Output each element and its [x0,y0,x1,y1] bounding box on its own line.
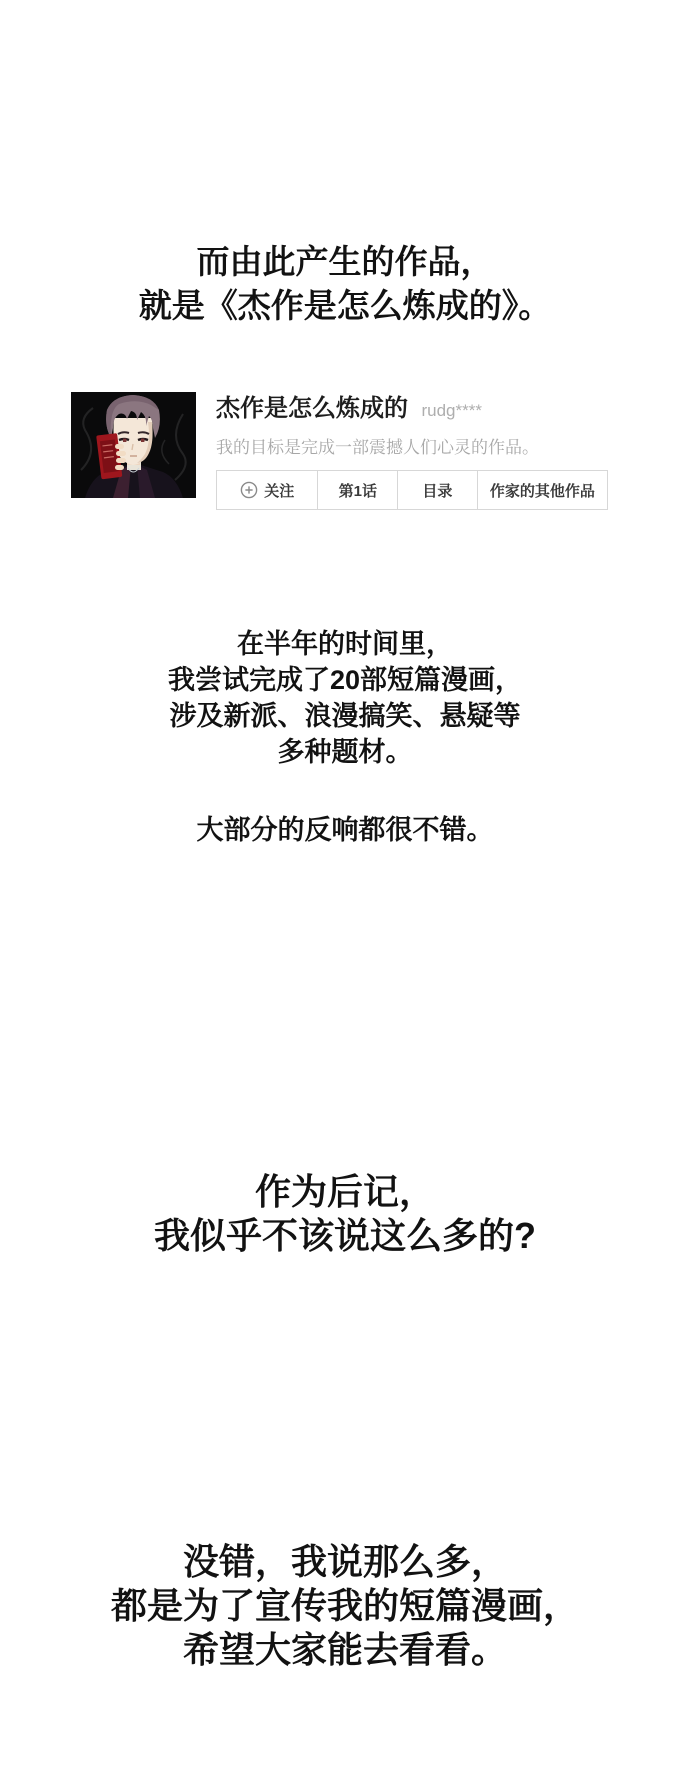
series-title: 杰作是怎么炼成的 [216,395,408,422]
other-works-button[interactable]: 作家的其他作品 [478,471,607,509]
plus-circle-icon [240,481,258,499]
series-action-bar: 关注 第1话 目录 作家的其他作品 [216,470,608,510]
heading-line: 就是《杰作是怎么炼成的》。 [0,284,690,328]
paragraph-line: 希望大家能去看看。 [0,1628,690,1672]
episode-1-button[interactable]: 第1话 [318,471,398,509]
follow-label: 关注 [264,480,294,501]
paragraph-line: 我似乎不该说这么多的? [0,1214,690,1258]
toc-label: 目录 [422,480,452,501]
paragraph-line: 在半年的时间里， [0,626,690,662]
paragraph-line: 作为后记， [0,1170,690,1214]
series-title-row: 杰作是怎么炼成的 rudg**** [216,394,608,427]
paragraph-half-year: 在半年的时间里， 我尝试完成了20部短篇漫画， 涉及新派、浪漫搞笑、悬疑等 多种… [0,626,690,770]
paragraph-line: 我尝试完成了20部短篇漫画， [0,662,690,698]
heading-line: 而由此产生的作品， [0,240,690,284]
follow-button[interactable]: 关注 [217,471,318,509]
webtoon-afterword-page: 而由此产生的作品， 就是《杰作是怎么炼成的》。 [0,0,690,1770]
episode-1-label: 第1话 [339,480,377,501]
paragraph-line: 涉及新派、浪漫搞笑、悬疑等 [0,698,690,734]
series-thumbnail[interactable] [71,392,196,498]
paragraph-promotion: 没错，我说那么多， 都是为了宣传我的短篇漫画， 希望大家能去看看。 [0,1540,690,1672]
heading-block: 而由此产生的作品， 就是《杰作是怎么炼成的》。 [0,240,690,328]
series-description: 我的目标是完成一部震撼人们心灵的作品。 [216,438,608,458]
paragraph-line: 没错，我说那么多， [0,1540,690,1584]
series-author: rudg**** [421,401,482,420]
paragraph-afterword: 作为后记， 我似乎不该说这么多的? [0,1170,690,1258]
paragraph-line: 都是为了宣传我的短篇漫画， [0,1584,690,1628]
series-card: 杰作是怎么炼成的 rudg**** 我的目标是完成一部震撼人们心灵的作品。 关注… [71,392,608,510]
paragraph-line: 大部分的反响都很不错。 [0,812,690,848]
paragraph-line: 多种题材。 [0,734,690,770]
toc-button[interactable]: 目录 [398,471,478,509]
character-illustration [71,392,196,498]
paragraph-response: 大部分的反响都很不错。 [0,812,690,848]
series-info: 杰作是怎么炼成的 rudg**** 我的目标是完成一部震撼人们心灵的作品。 关注… [216,392,608,510]
other-works-label: 作家的其他作品 [490,480,595,501]
